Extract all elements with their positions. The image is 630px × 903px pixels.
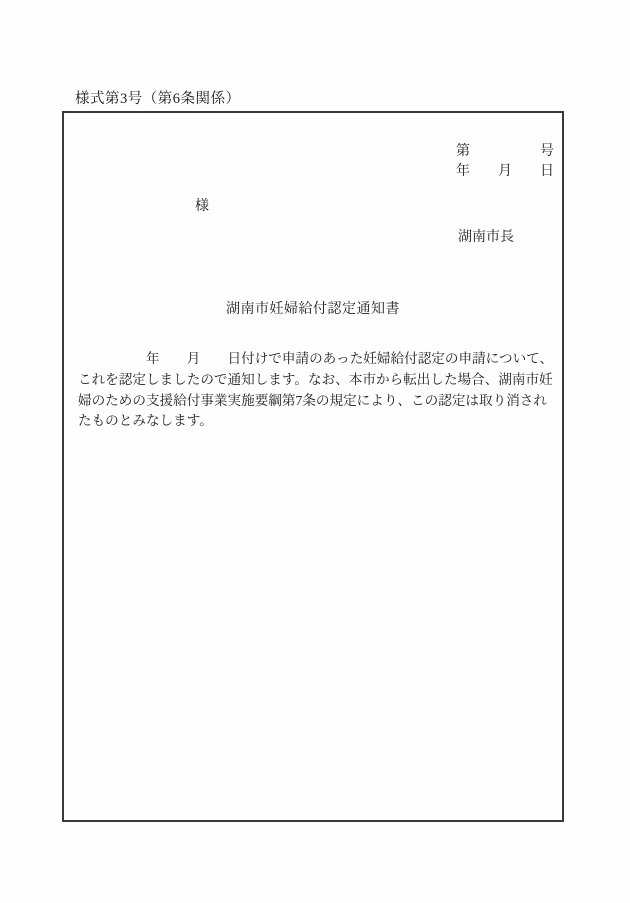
document-body: 年 月 日付けで申請のあった妊婦給付認定の申請について、 これを認定しましたので… <box>78 349 558 432</box>
body-line: これを認定しましたので通知します。なお、本市から転出した場合、湖南市妊 <box>78 370 558 391</box>
document-page: 様式第3号（第6条関係） 第 号 年 月 日 様 湖南市長 湖南市妊婦給付認定通… <box>0 0 630 903</box>
sender-name: 湖南市長 <box>458 229 514 247</box>
body-line: たものとみなします。 <box>78 411 558 432</box>
document-date-line: 年 月 日 <box>456 163 554 181</box>
form-number-label: 様式第3号（第6条関係） <box>75 87 241 108</box>
document-title: 湖南市妊婦給付認定通知書 <box>64 301 562 319</box>
body-line: 婦のための支援給付事業実施要綱第7条の規定により、この認定は取り消され <box>78 391 558 412</box>
body-line: 年 月 日付けで申請のあった妊婦給付認定の申請について、 <box>78 349 558 370</box>
addressee-honorific: 様 <box>195 198 209 216</box>
document-number-line: 第 号 <box>456 143 554 161</box>
document-frame: 第 号 年 月 日 様 湖南市長 湖南市妊婦給付認定通知書 年 月 日付けで申請… <box>62 111 564 822</box>
